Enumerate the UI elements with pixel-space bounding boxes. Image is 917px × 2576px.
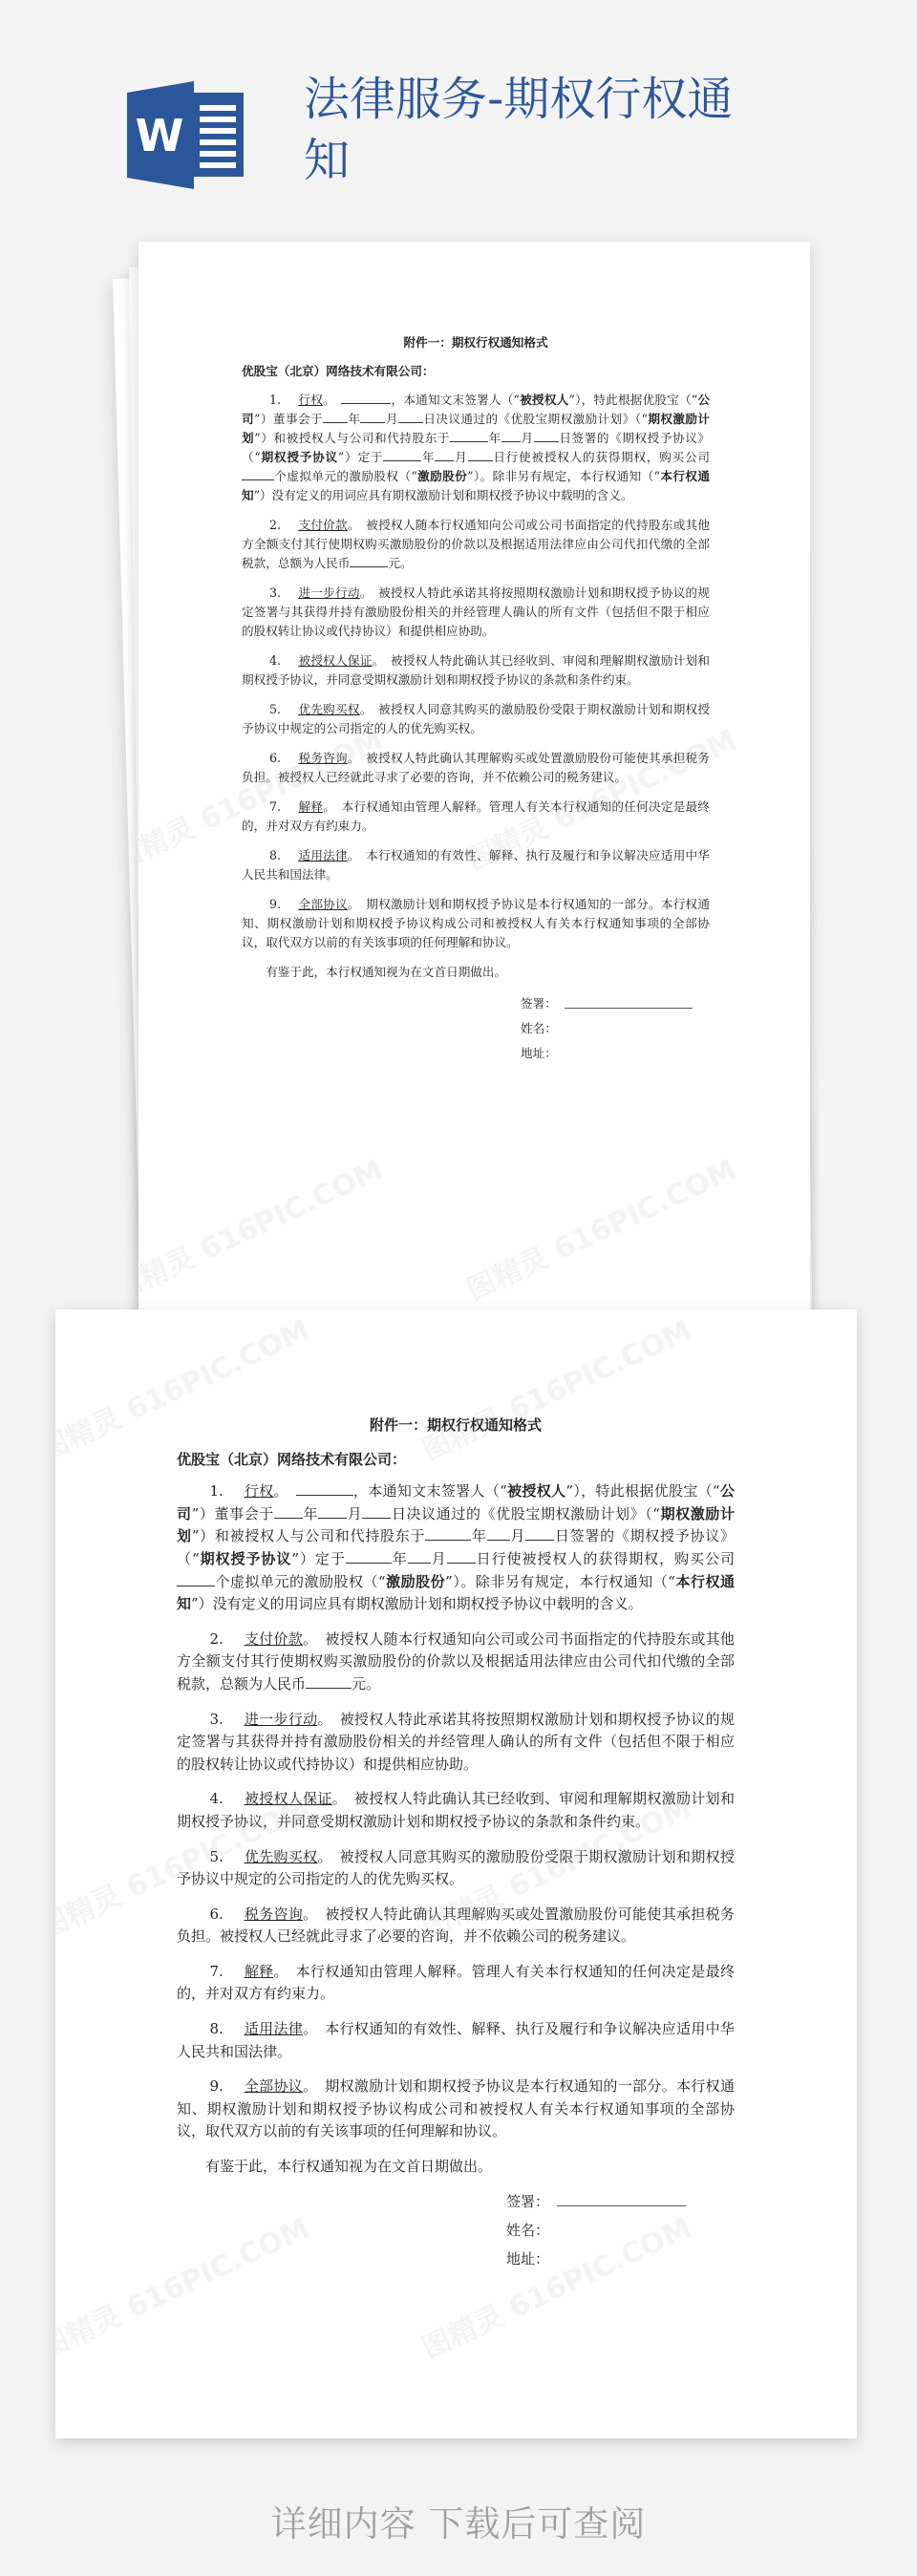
clause-4: 4.被授权人保证。 被授权人特此确认其已经收到、审阅和理解期权激励计划和期权授予…	[177, 1788, 735, 1833]
address-row: 地址：	[506, 2246, 735, 2274]
signature-block: 签署： 姓名： 地址：	[521, 991, 710, 1066]
clause-7: 7.解释。 本行权通知由管理人解释。管理人有关本行权通知的任何决定是最终的，并对…	[242, 798, 710, 836]
address-row: 地址：	[521, 1041, 710, 1066]
signature-block: 签署： 姓名： 地址：	[506, 2188, 735, 2274]
header: W 法律服务-期权行权通 知	[0, 0, 917, 229]
clause-5: 5.优先购买权。 被授权人同意其购买的激励股份受限于期权激励计划和期权授予协议中…	[177, 1846, 735, 1891]
svg-text:W: W	[136, 110, 184, 161]
name-row: 姓名：	[506, 2217, 735, 2246]
document-body-small: 附件一：期权行权通知格式 优股宝（北京）网络技术有限公司： 1.行权。 ，本通知…	[242, 333, 710, 1066]
blank-field	[450, 430, 488, 442]
clause-2: 2.支付价款。 被授权人随本行权通知向公司或公司书面指定的代持股东或其他方全额支…	[242, 516, 710, 573]
clause-1: 1.行权。 ，本通知文末签署人（“被授权人”），特此根据优股宝（“公司”）董事会…	[242, 391, 710, 505]
blank-field	[318, 1504, 347, 1519]
clause-7: 7.解释。 本行权通知由管理人解释。管理人有关本行权通知的任何决定是最终的，并对…	[177, 1961, 735, 2006]
blank-field	[408, 1549, 431, 1564]
document-title: 附件一：期权行权通知格式	[242, 333, 710, 352]
clause-3: 3.进一步行动。 被授权人特此承诺其将按照期权激励计划和期权授予协议的规定签署与…	[242, 584, 710, 641]
page-title: 法律服务-期权行权通 知	[304, 69, 781, 191]
blank-field	[501, 430, 521, 442]
blank-field	[296, 1481, 353, 1496]
download-hint: 详细内容 下载后可查阅	[0, 2495, 917, 2546]
document-title: 附件一：期权行权通知格式	[177, 1415, 735, 1437]
blank-field	[398, 411, 423, 423]
clause-8: 8.适用法律。 本行权通知的有效性、解释、执行及履行和争议解决应适用中华人民共和…	[242, 846, 710, 884]
blank-field	[383, 449, 421, 461]
clause-9: 9.全部协议。 期权激励计划和期权授予协议是本行权通知的一部分。本行权通知、期权…	[242, 895, 710, 952]
clause-4: 4.被授权人保证。 被授权人特此确认其已经收到、审阅和理解期权激励计划和期权授予…	[242, 651, 710, 690]
addressee: 优股宝（北京）网络技术有限公司：	[242, 362, 710, 381]
blank-field	[362, 1504, 391, 1519]
clause-2: 2.支付价款。 被授权人随本行权通知向公司或公司书面指定的代持股东或其他方全额支…	[177, 1629, 735, 1696]
closing-statement: 有鉴于此，本行权通知视为在文首日期做出。	[242, 963, 710, 982]
clause-8: 8.适用法律。 本行权通知的有效性、解释、执行及履行和争议解决应适用中华人民共和…	[177, 2018, 735, 2063]
blank-field	[274, 1504, 303, 1519]
closing-statement: 有鉴于此，本行权通知视为在文首日期做出。	[177, 2156, 735, 2179]
clause-6: 6.税务咨询。 被授权人特此确认其理解购买或处置激励股份可能使其承担税务负担。被…	[242, 749, 710, 787]
signature-line	[565, 1008, 693, 1009]
blank-field	[534, 430, 559, 442]
blank-field	[525, 1526, 554, 1541]
clause-9: 9.全部协议。 期权激励计划和期权授予协议是本行权通知的一部分。本行权通知、期权…	[177, 2076, 735, 2143]
blank-field	[487, 1526, 510, 1541]
name-row: 姓名：	[521, 1016, 710, 1041]
blank-field	[306, 1674, 352, 1689]
clause-6: 6.税务咨询。 被授权人特此确认其理解购买或处置激励股份可能使其承担税务负担。被…	[177, 1904, 735, 1948]
clause-5: 5.优先购买权。 被授权人同意其购买的激励股份受限于期权激励计划和期权授予协议中…	[242, 700, 710, 738]
clause-3: 3.进一步行动。 被授权人特此承诺其将按照期权激励计划和期权授予协议的规定签署与…	[177, 1709, 735, 1777]
blank-field	[346, 1549, 392, 1564]
signature-row: 签署：	[506, 2188, 735, 2217]
blank-field	[425, 1526, 471, 1541]
document-stack-preview: 附件一：期权行权通知格式 优股宝（北京）网络技术有限公司： 1.行权。 ，本通知…	[0, 229, 917, 1496]
blank-field	[341, 392, 391, 404]
document-page-preview-small: 附件一：期权行权通知格式 优股宝（北京）网络技术有限公司： 1.行权。 ，本通知…	[139, 242, 810, 1315]
blank-field	[323, 411, 348, 423]
title-line-2: 知	[304, 130, 781, 191]
blank-field	[242, 468, 274, 480]
blank-field	[360, 411, 385, 423]
signature-line	[557, 2205, 686, 2206]
blank-field	[435, 449, 454, 461]
blank-field	[447, 1549, 476, 1564]
document-body-large: 附件一：期权行权通知格式 优股宝（北京）网络技术有限公司： 1.行权。 ，本通知…	[177, 1415, 735, 2274]
blank-field	[468, 449, 493, 461]
document-page-full: 附件一：期权行权通知格式 优股宝（北京）网络技术有限公司： 1.行权。 ，本通知…	[55, 1309, 857, 2438]
blank-field	[177, 1572, 215, 1586]
blank-field	[350, 555, 388, 567]
signature-row: 签署：	[521, 991, 710, 1016]
title-line-1: 法律服务-期权行权通	[304, 69, 781, 130]
addressee: 优股宝（北京）网络技术有限公司：	[177, 1449, 735, 1472]
watermark: 图精灵 616PIC.COM	[458, 1146, 742, 1309]
watermark: 图精灵 616PIC.COM	[139, 1146, 389, 1309]
clause-1: 1.行权。 ，本通知文末签署人（“被授权人”），特此根据优股宝（“公司”）董事会…	[177, 1480, 735, 1616]
clause-heading: 行权	[298, 393, 323, 407]
word-document-icon: W	[127, 81, 244, 189]
